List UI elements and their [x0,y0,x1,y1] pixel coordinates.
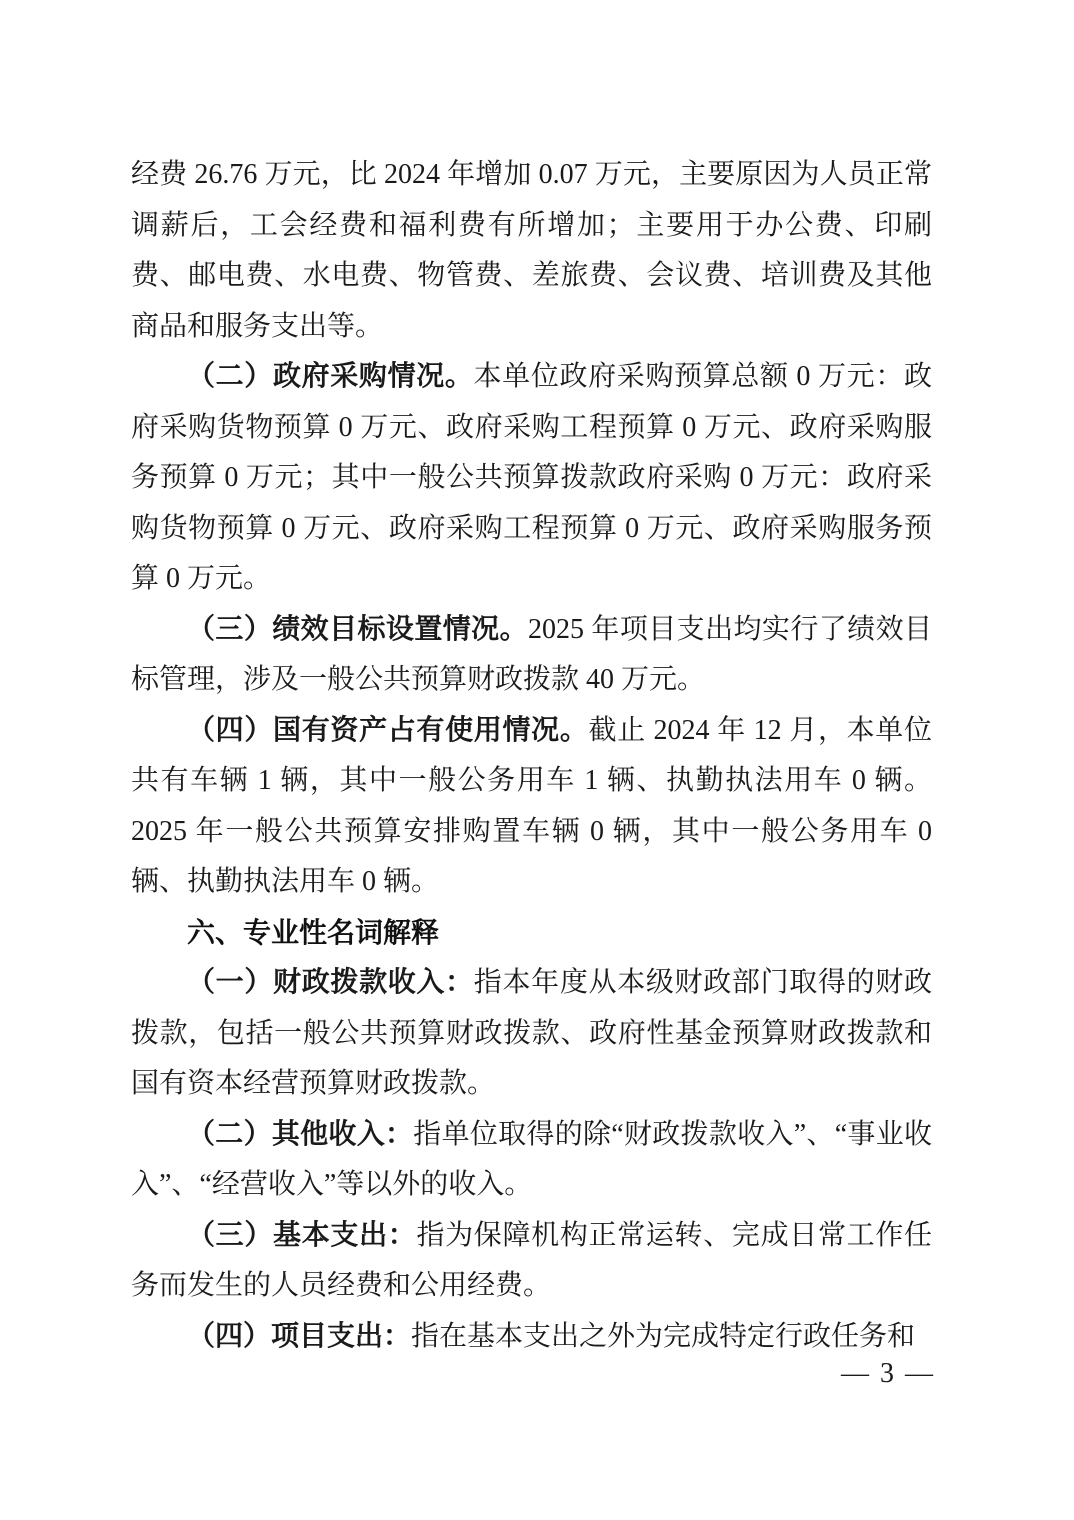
paragraph-lead-text: （三）绩效目标设置情况。 [187,614,528,645]
paragraph-performance-targets: （三）绩效目标设置情况。2025 年项目支出均实行了绩效目标管理，涉及一般公共预… [131,605,932,706]
paragraph-state-assets: （四）国有资产占有使用情况。截止 2024 年 12 月，本单位共有车辆 1 辆… [131,706,932,908]
document-page: { "document": { "section_five": { "p1_co… [0,0,1074,1520]
paragraph-lead-text: （一）财政拨款收入： [187,967,474,998]
paragraph-government-procurement: （二）政府采购情况。本单位政府采购预算总额 0 万元：政府采购货物预算 0 万元… [131,352,932,605]
paragraph-lead-text: （四）项目支出： [187,1321,411,1352]
paragraph-lead-text: （二）其他收入： [187,1119,413,1150]
paragraph-body-text: 经费 26.76 万元，比 2024 年增加 0.07 万元，主要原因为人员正常… [131,159,932,342]
paragraph-lead-text: （四）国有资产占有使用情况。 [187,715,589,746]
paragraph-lead-text: （三）基本支出： [187,1220,416,1251]
paragraph-funds-continuation: 经费 26.76 万元，比 2024 年增加 0.07 万元，主要原因为人员正常… [131,150,932,352]
paragraph-lead-text: （二）政府采购情况。 [187,361,474,392]
paragraph-other-income: （二）其他收入：指单位取得的除“财政拨款收入”、“事业收入”、“经营收入”等以外… [131,1110,932,1211]
section-heading-terminology: 六、专业性名词解释 [131,908,932,959]
paragraph-fiscal-appropriation-income: （一）财政拨款收入：指本年度从本级财政部门取得的财政拨款，包括一般公共预算财政拨… [131,958,932,1110]
paragraph-body-text: 本单位政府采购预算总额 0 万元：政府采购货物预算 0 万元、政府采购工程预算 … [131,361,932,594]
paragraph-body-text: 指在基本支出之外为完成特定行政任务和 [411,1321,915,1352]
paragraph-project-expenditure: （四）项目支出：指在基本支出之外为完成特定行政任务和 [131,1312,932,1363]
paragraph-basic-expenditure: （三）基本支出：指为保障机构正常运转、完成日常工作任务而发生的人员经费和公用经费… [131,1211,932,1312]
page-number: — 3 — [841,1356,935,1392]
document-body: 经费 26.76 万元，比 2024 年增加 0.07 万元，主要原因为人员正常… [131,150,932,1362]
